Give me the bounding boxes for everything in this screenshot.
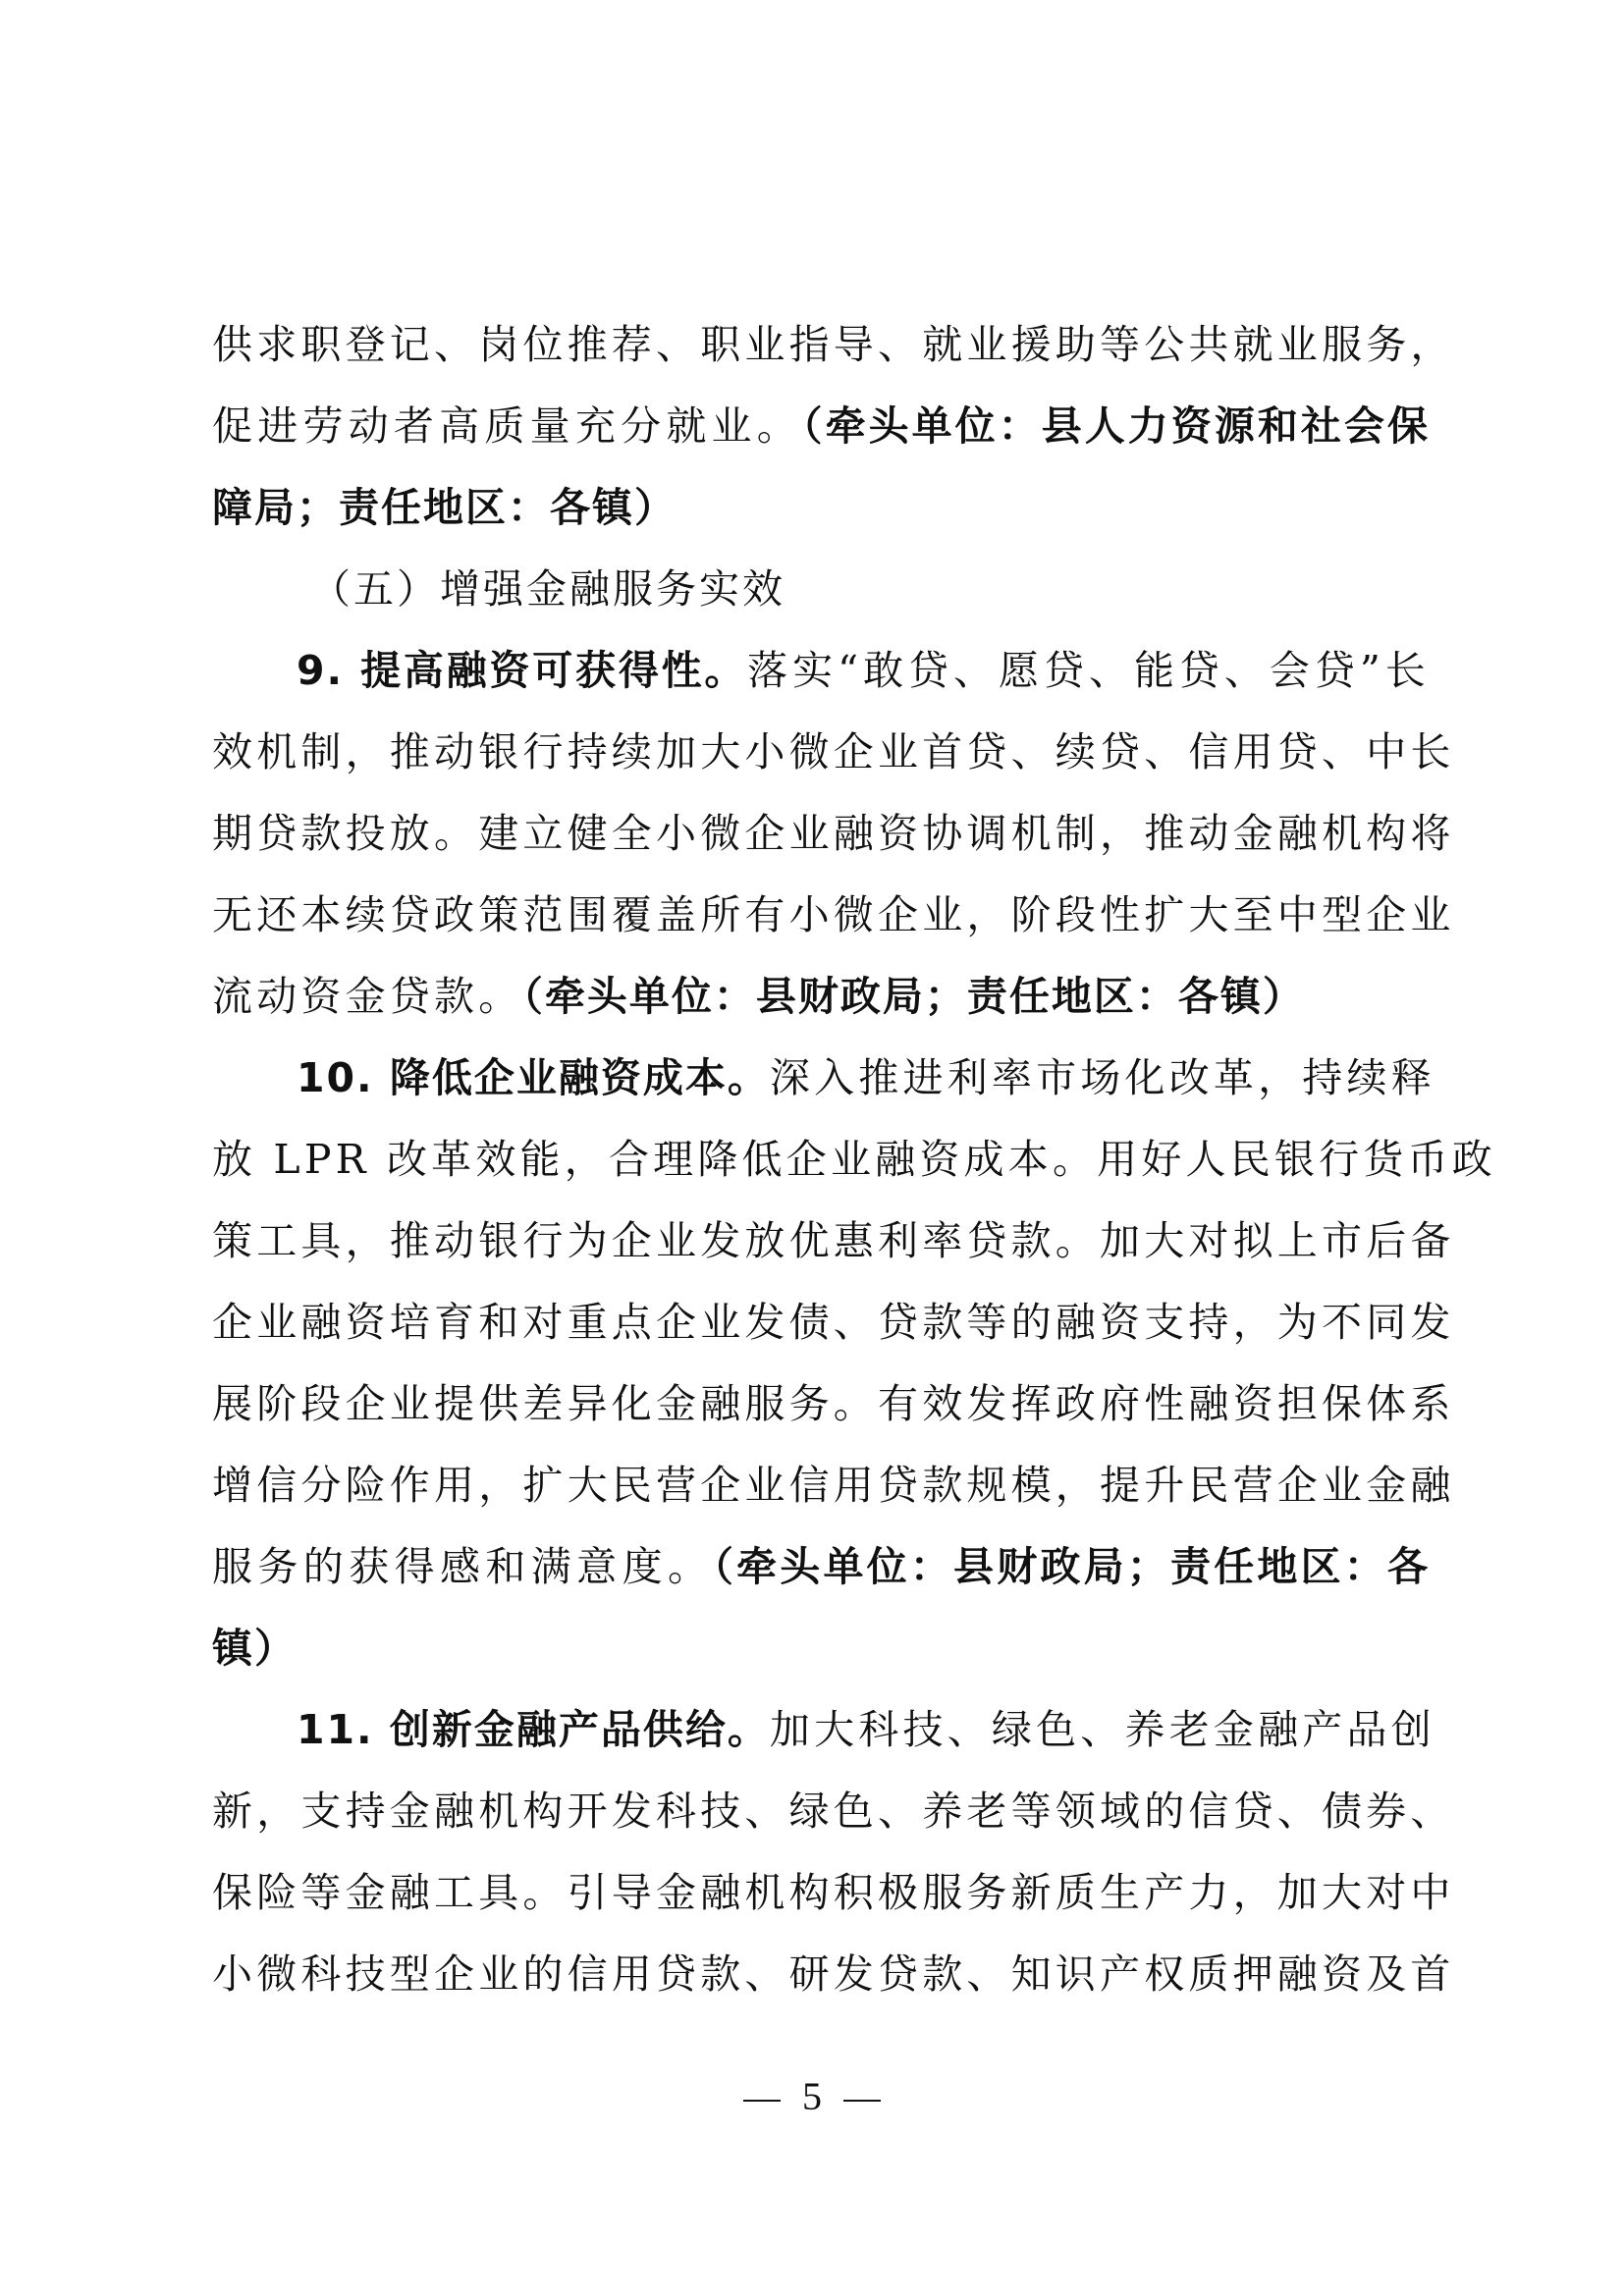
text-line: 策工具，推动银行为企业发放优惠利率贷款。加大对拟上市后备 (212, 1201, 1430, 1282)
text-segment: 服务的获得感和满意度。 (212, 1543, 713, 1590)
text-segment: 期贷款投放。建立健全小微企业融资协调机制，推动金融机构将 (212, 810, 1455, 857)
lead-unit-note: （牵头单位：县财政局；责任地区：各镇） (522, 973, 1305, 1020)
subheading-text: （五）增强金融服务实效 (310, 565, 785, 613)
text-line: 小微科技型企业的信用贷款、研发贷款、知识产权质押融资及首 (212, 1934, 1430, 2015)
text-segment: 供求职登记、岗位推荐、职业指导、就业援助等公共就业服务， (212, 321, 1455, 368)
body-text: 供求职登记、岗位推荐、职业指导、就业援助等公共就业服务， 促进劳动者高质量充分就… (212, 304, 1430, 2015)
text-segment: 深入推进利率市场化改革，持续释 (770, 1054, 1435, 1101)
text-segment: 小微科技型企业的信用贷款、研发贷款、知识产权质押融资及首 (212, 1950, 1455, 1998)
lead-unit-note: （牵头单位：县人力资源和社会保 (802, 402, 1430, 450)
lead-unit-note: 障局；责任地区：各镇） (212, 484, 677, 531)
text-segment: 落实“敢贷、愿贷、能贷、会贷”长 (747, 647, 1430, 694)
dash-left (743, 2100, 781, 2102)
item-heading-line: 10. 降低企业融资成本。深入推进利率市场化改革，持续释 (212, 1038, 1430, 1119)
text-segment: 增信分险作用，扩大民营企业信用贷款规模，提升民营企业金融 (212, 1462, 1455, 1509)
page-number: 5 (802, 2074, 822, 2118)
text-segment: 展阶段企业提供差异化金融服务。有效发挥政府性融资担保体系 (212, 1380, 1455, 1427)
text-segment: 企业融资培育和对重点企业发债、贷款等的融资支持，为不同发 (212, 1299, 1455, 1346)
section-subheading: （五）增强金融服务实效 (212, 549, 1430, 630)
text-line: 增信分险作用，扩大民营企业信用贷款规模，提升民营企业金融 (212, 1445, 1430, 1526)
text-line: 企业融资培育和对重点企业发债、贷款等的融资支持，为不同发 (212, 1282, 1430, 1363)
lead-unit-note: 镇） (212, 1625, 297, 1672)
text-line: 期贷款投放。建立健全小微企业融资协调机制，推动金融机构将 (212, 793, 1430, 875)
text-line: 无还本续贷政策范围覆盖所有小微企业，阶段性扩大至中型企业 (212, 875, 1430, 956)
text-segment: 加大科技、绿色、养老金融产品创 (770, 1706, 1435, 1753)
text-line: 服务的获得感和满意度。（牵头单位：县财政局；责任地区：各 (212, 1526, 1430, 1608)
lead-unit-note: （牵头单位：县财政局；责任地区：各 (713, 1543, 1430, 1590)
text-segment: 流动资金贷款。 (212, 973, 522, 1020)
text-line: 效机制，推动银行持续加大小微企业首贷、续贷、信用贷、中长 (212, 712, 1430, 793)
item-title: 11. 创新金融产品供给。 (297, 1706, 770, 1753)
text-segment: 新，支持金融机构开发科技、绿色、养老等领域的信贷、债券、 (212, 1788, 1455, 1835)
text-line: 促进劳动者高质量充分就业。（牵头单位：县人力资源和社会保 (212, 386, 1430, 467)
item-title: 9. 提高融资可获得性。 (297, 647, 747, 694)
text-line: 障局；责任地区：各镇） (212, 467, 1430, 549)
text-segment: 策工具，推动银行为企业发放优惠利率贷款。加大对拟上市后备 (212, 1217, 1455, 1264)
text-segment: 促进劳动者高质量充分就业。 (212, 402, 802, 450)
text-line: 镇） (212, 1608, 1430, 1689)
text-segment: 放 LPR 改革效能，合理降低企业融资成本。用好人民银行货币政 (212, 1136, 1496, 1183)
page-footer: 5 (0, 2073, 1624, 2119)
item-heading-line: 9. 提高融资可获得性。落实“敢贷、愿贷、能贷、会贷”长 (212, 630, 1430, 712)
dash-right (843, 2100, 881, 2102)
document-page: 供求职登记、岗位推荐、职业指导、就业援助等公共就业服务， 促进劳动者高质量充分就… (0, 0, 1624, 2296)
text-line: 放 LPR 改革效能，合理降低企业融资成本。用好人民银行货币政 (212, 1119, 1430, 1201)
text-segment: 保险等金融工具。引导金融机构积极服务新质生产力，加大对中 (212, 1869, 1455, 1916)
item-heading-line: 11. 创新金融产品供给。加大科技、绿色、养老金融产品创 (212, 1689, 1430, 1771)
text-segment: 无还本续贷政策范围覆盖所有小微企业，阶段性扩大至中型企业 (212, 891, 1455, 938)
text-line: 供求职登记、岗位推荐、职业指导、就业援助等公共就业服务， (212, 304, 1430, 386)
text-line: 新，支持金融机构开发科技、绿色、养老等领域的信贷、债券、 (212, 1771, 1430, 1852)
text-line: 展阶段企业提供差异化金融服务。有效发挥政府性融资担保体系 (212, 1363, 1430, 1445)
text-line: 流动资金贷款。（牵头单位：县财政局；责任地区：各镇） (212, 956, 1430, 1038)
text-segment: 效机制，推动银行持续加大小微企业首贷、续贷、信用贷、中长 (212, 728, 1455, 775)
item-title: 10. 降低企业融资成本。 (297, 1054, 770, 1101)
text-line: 保险等金融工具。引导金融机构积极服务新质生产力，加大对中 (212, 1852, 1430, 1934)
